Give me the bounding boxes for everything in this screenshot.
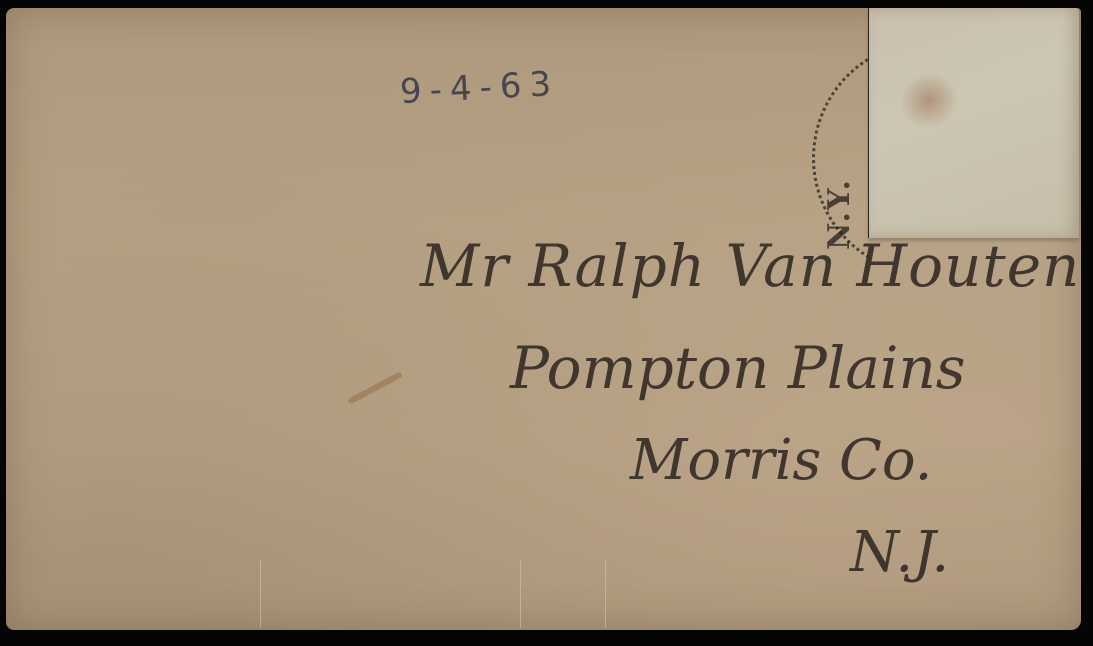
address-line-town: Pompton Plains bbox=[510, 334, 966, 402]
paper-crease bbox=[260, 560, 261, 628]
flap-stain bbox=[890, 63, 968, 138]
inserted-paper-flap bbox=[868, 8, 1079, 238]
address-line-state: N.J. bbox=[850, 520, 949, 585]
postmark-text: N.Y. bbox=[822, 110, 862, 250]
paper-crease bbox=[605, 560, 606, 628]
address-line-county: Morris Co. bbox=[630, 428, 932, 493]
paper-crease bbox=[520, 560, 521, 628]
docketing-date-note: 9-4-63 bbox=[399, 64, 560, 112]
address-line-name: Mr Ralph Van Houten bbox=[420, 232, 1080, 300]
